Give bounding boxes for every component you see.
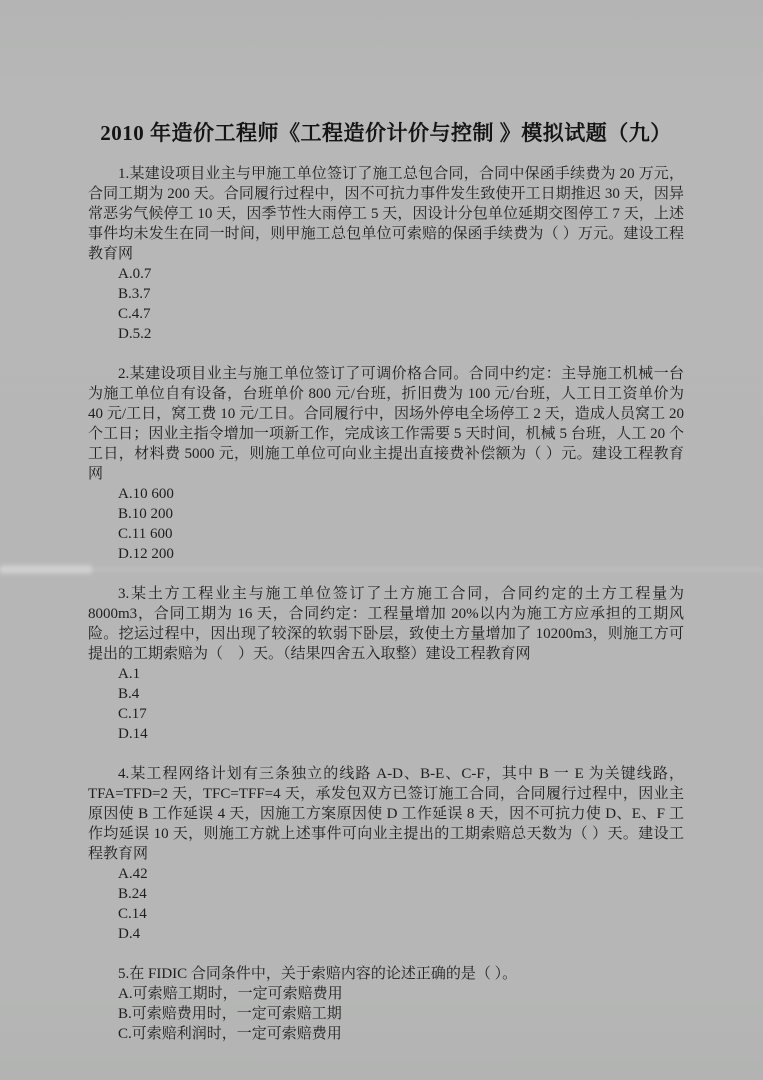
question-block-5: 5.在 FIDIC 合同条件中，关于索赔内容的论述正确的是（ ）。 A.可索赔工… xyxy=(88,964,684,1044)
question-block-1: 1.某建设项目业主与甲施工单位签订了施工总包合同，合同中保函手续费为 20 万元… xyxy=(88,164,684,344)
option-a: A.可索赔工期时，一定可索赔费用 xyxy=(88,984,684,1004)
options-list: A.10 600 B.10 200 C.11 600 D.12 200 xyxy=(88,484,684,564)
option-d: D.4 xyxy=(88,924,684,944)
document-content: 2010 年造价工程师《工程造价计价与控制 》模拟试题（九） 1.某建设项目业主… xyxy=(88,118,684,1044)
option-b: B.24 xyxy=(88,884,684,904)
options-list: A.42 B.24 C.14 D.4 xyxy=(88,864,684,944)
option-b: B.4 xyxy=(88,684,684,704)
page-title: 2010 年造价工程师《工程造价计价与控制 》模拟试题（九） xyxy=(88,118,684,148)
options-list: A.1 B.4 C.17 D.14 xyxy=(88,664,684,744)
option-d: D.14 xyxy=(88,724,684,744)
question-stem: 3.某土方工程业主与施工单位签订了土方施工合同，合同约定的土方工程量为 8000… xyxy=(88,584,684,664)
question-block-4: 4.某工程网络计划有三条独立的线路 A-D、B-E、C-F，其中 B 一 E 为… xyxy=(88,764,684,944)
question-block-3: 3.某土方工程业主与施工单位签订了土方施工合同，合同约定的土方工程量为 8000… xyxy=(88,584,684,744)
option-b: B.可索赔费用时，一定可索赔工期 xyxy=(88,1004,684,1024)
option-c: C.17 xyxy=(88,704,684,724)
option-d: D.5.2 xyxy=(88,324,684,344)
option-c: C.11 600 xyxy=(88,524,684,544)
options-list: A.0.7 B.3.7 C.4.7 D.5.2 xyxy=(88,264,684,344)
option-a: A.42 xyxy=(88,864,684,884)
question-stem: 1.某建设项目业主与甲施工单位签订了施工总包合同，合同中保函手续费为 20 万元… xyxy=(88,164,684,264)
option-b: B.3.7 xyxy=(88,284,684,304)
question-stem: 2.某建设项目业主与施工单位签订了可调价格合同。合同中约定：主导施工机械一台为施… xyxy=(88,364,684,484)
option-c: C.可索赔利润时，一定可索赔费用 xyxy=(88,1024,684,1044)
option-d: D.12 200 xyxy=(88,544,684,564)
question-stem: 5.在 FIDIC 合同条件中，关于索赔内容的论述正确的是（ ）。 xyxy=(88,964,684,984)
option-c: C.4.7 xyxy=(88,304,684,324)
option-a: A.10 600 xyxy=(88,484,684,504)
question-stem: 4.某工程网络计划有三条独立的线路 A-D、B-E、C-F，其中 B 一 E 为… xyxy=(88,764,684,864)
option-a: A.0.7 xyxy=(88,264,684,284)
option-b: B.10 200 xyxy=(88,504,684,524)
question-block-2: 2.某建设项目业主与施工单位签订了可调价格合同。合同中约定：主导施工机械一台为施… xyxy=(88,364,684,564)
option-a: A.1 xyxy=(88,664,684,684)
option-c: C.14 xyxy=(88,904,684,924)
exam-document-page: 2010 年造价工程师《工程造价计价与控制 》模拟试题（九） 1.某建设项目业主… xyxy=(0,0,763,1080)
options-list: A.可索赔工期时，一定可索赔费用 B.可索赔费用时，一定可索赔工期 C.可索赔利… xyxy=(88,984,684,1044)
scan-light-streak xyxy=(0,565,92,574)
